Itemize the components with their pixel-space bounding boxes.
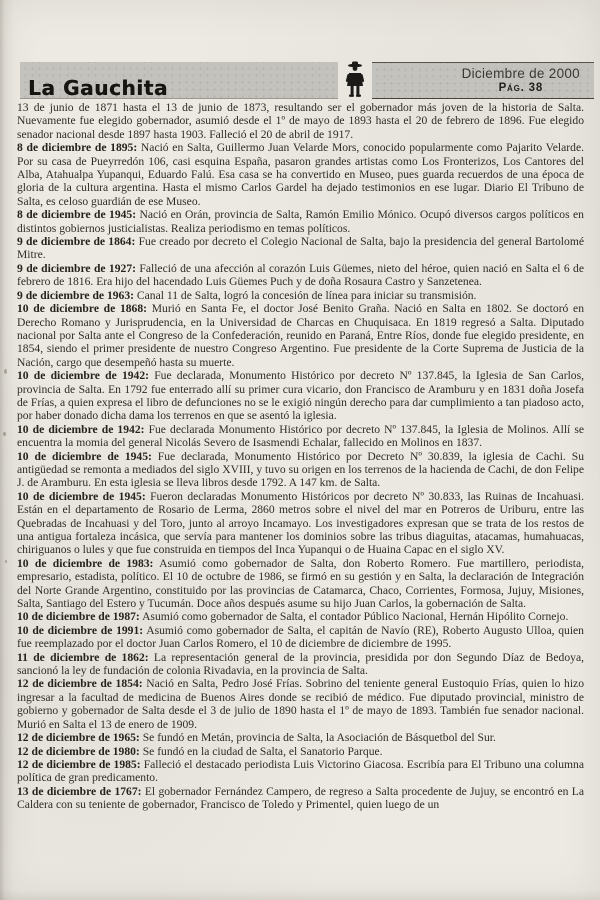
event-paragraph: 10 de diciembre de 1945: Fue declarada, … (17, 450, 584, 490)
banner-left-segment: La Gauchita (20, 62, 338, 99)
event-date: 12 de diciembre de 1854: (17, 677, 143, 690)
event-paragraph: 8 de diciembre de 1895: Nació en Salta, … (17, 141, 584, 208)
event-paragraph: 9 de diciembre de 1963: Canal 11 de Salt… (17, 289, 584, 302)
event-paragraph: 9 de diciembre de 1864: Fue creado por d… (17, 235, 584, 262)
event-date: 10 de diciembre de 1868: (17, 302, 147, 315)
event-paragraph: 12 de diciembre de 1854: Nació en Salta,… (17, 677, 584, 731)
event-paragraph: 10 de diciembre de 1942: Fue declarada M… (17, 423, 584, 450)
masthead-banner: La Gauchita Diciembre de 2000 Pág. 38 (20, 62, 594, 99)
event-paragraph: 9 de diciembre de 1927: Falleció de una … (17, 262, 584, 289)
event-paragraph: 10 de diciembre de 1991: Asumió como gob… (17, 624, 584, 651)
event-date: 12 de diciembre de 1965: (17, 731, 140, 744)
event-text: 13 de junio de 1871 hasta el 13 de junio… (17, 101, 584, 141)
event-date: 8 de diciembre de 1895: (17, 141, 137, 154)
event-paragraph: 12 de diciembre de 1980: Se fundó en la … (17, 745, 584, 758)
event-paragraph: 13 de junio de 1871 hasta el 13 de junio… (17, 101, 584, 141)
scan-speck (3, 432, 6, 436)
event-date: 10 de diciembre de 1945: (17, 490, 146, 503)
event-date: 9 de diciembre de 1963: (17, 289, 134, 302)
event-date: 12 de diciembre de 1980: (17, 745, 140, 758)
banner-right-segment: Diciembre de 2000 Pág. 38 (372, 62, 594, 99)
event-date: 10 de diciembre de 1942: (17, 369, 149, 382)
issue-block: Diciembre de 2000 Pág. 38 (462, 66, 580, 94)
event-paragraph: 12 de diciembre de 1965: Se fundó en Met… (17, 731, 584, 744)
scanned-page: La Gauchita Diciembre de 2000 Pág. 38 (0, 0, 600, 900)
page-number: Pág. 38 (499, 82, 543, 94)
event-date: 10 de diciembre de 1945: (17, 450, 152, 463)
event-paragraph: 10 de diciembre de 1987: Asumió como gob… (17, 610, 584, 623)
event-paragraph: 8 de diciembre de 1945: Nació en Orán, p… (17, 208, 584, 235)
event-date: 10 de diciembre de 1991: (17, 624, 143, 637)
scan-speck (4, 369, 7, 374)
event-paragraph: 12 de diciembre de 1985: Falleció el des… (17, 758, 584, 785)
event-paragraph: 11 de diciembre de 1862: La representaci… (17, 651, 584, 678)
event-paragraph: 10 de diciembre de 1945: Fueron declarad… (17, 490, 584, 557)
scan-speck (5, 560, 7, 563)
event-date: 11 de diciembre de 1862: (17, 651, 149, 664)
event-date: 9 de diciembre de 1864: (17, 235, 135, 248)
event-date: 13 de diciembre de 1767: (17, 785, 142, 798)
event-paragraph: 10 de diciembre de 1983: Asumió como gob… (17, 557, 584, 611)
event-text: Canal 11 de Salta, logró la concesión de… (137, 289, 477, 302)
gaucho-figure-icon (338, 54, 372, 99)
event-date: 10 de diciembre de 1983: (17, 557, 153, 570)
event-paragraph: 13 de diciembre de 1767: El gobernador F… (17, 785, 584, 812)
event-text: Se fundó en la ciudad de Salta, el Sanat… (143, 745, 383, 758)
issue-date: Diciembre de 2000 (462, 66, 580, 81)
entries-list: 13 de junio de 1871 hasta el 13 de junio… (17, 101, 584, 812)
event-paragraph: 10 de diciembre de 1868: Murió en Santa … (17, 302, 584, 369)
event-date: 10 de diciembre de 1987: (17, 610, 140, 623)
event-date: 12 de diciembre de 1985: (17, 758, 141, 771)
publication-title: La Gauchita (28, 76, 168, 100)
event-paragraph: 10 de diciembre de 1942: Fue declarada, … (17, 369, 584, 423)
event-date: 8 de diciembre de 1945: (17, 208, 136, 221)
event-date: 9 de diciembre de 1927: (17, 262, 136, 275)
event-date: 10 de diciembre de 1942: (17, 423, 144, 436)
event-text: Asumió como gobernador de Salta, el cont… (142, 610, 568, 623)
event-text: Se fundó en Metán, provincia de Salta, l… (143, 731, 496, 744)
